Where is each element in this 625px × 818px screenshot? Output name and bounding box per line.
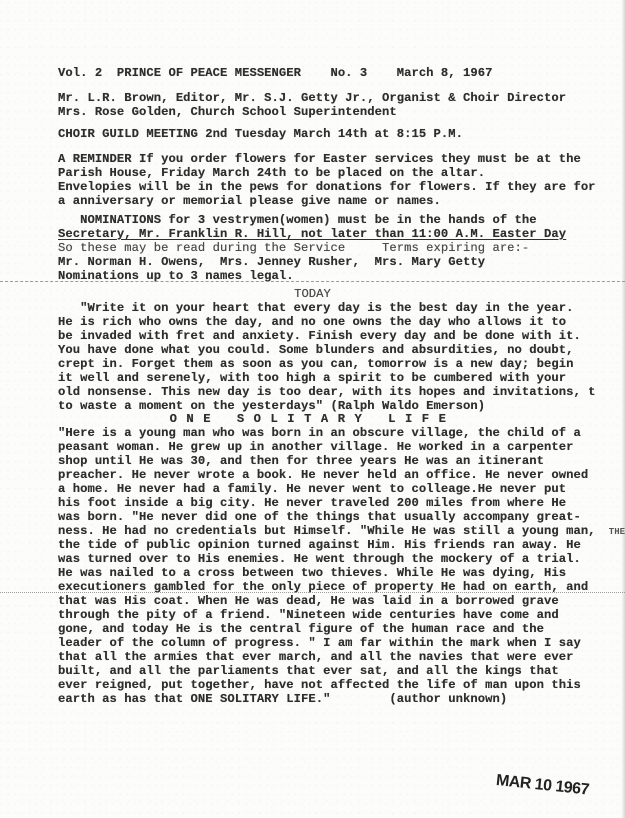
solitary-line: a home. He never had a family. He never …: [58, 482, 566, 496]
nominations-line: NOMINATIONS for 3 vestrymen(women) must …: [58, 213, 537, 227]
today-line: "Write it on your heart that every day i…: [58, 301, 573, 315]
page-edge-shadow: [621, 0, 625, 818]
solitary-line: that was His coat. When He was dead, He …: [58, 594, 559, 608]
today-line: to waste a moment on the yesterdays" (Ra…: [58, 399, 485, 413]
reminder-line: A REMINDER If you order flowers for East…: [58, 152, 581, 166]
today-line: be invaded with fret and anxiety. Finish…: [58, 329, 581, 343]
solitary-line: ever reigned, put together, have not aff…: [58, 678, 581, 692]
solitary-line: peasant woman. He grew up in another vil…: [58, 440, 573, 454]
solitary-line: ness. He had no credentials but Himself.…: [58, 524, 596, 538]
today-line: He is rich who owns the day, and no one …: [58, 315, 566, 329]
solitary-line: preacher. He never wrote a book. He neve…: [58, 468, 588, 482]
today-line: You have done what you could. Some blund…: [58, 343, 573, 357]
solitary-line: that all the armies that ever march, and…: [58, 650, 573, 664]
reminder-line: Envelopies will be in the pews for donat…: [58, 180, 596, 194]
solitary-line: leader of the column of progress. " I am…: [58, 636, 581, 650]
solitary-line: his foot inside a big city. He never tra…: [58, 496, 566, 510]
today-heading: TODAY: [0, 287, 625, 301]
terms-expiring-names: Mr. Norman H. Owens, Mrs. Jenney Rusher,…: [58, 255, 485, 269]
margin-overflow-text: THE: [609, 527, 625, 537]
today-line: crept in. Forget them as soon as you can…: [58, 357, 573, 371]
solitary-line: earth as has that ONE SOLITARY LIFE." (a…: [58, 692, 507, 706]
masthead: Vol. 2 PRINCE OF PEACE MESSENGER No. 3 M…: [58, 66, 492, 80]
solitary-line: was turned over to His enemies. He went …: [58, 552, 581, 566]
solitary-line: the tide of public opinion turned agains…: [58, 538, 581, 552]
choir-guild-notice: CHOIR GUILD MEETING 2nd Tuesday March 14…: [58, 127, 463, 141]
section-divider: [0, 281, 625, 282]
staff-line-2: Mrs. Rose Golden, Church School Superint…: [58, 105, 397, 119]
reminder-line: a anniversary or memorial please give na…: [58, 194, 441, 208]
reminder-line: Parish House, Friday March 24th to be pl…: [58, 166, 485, 180]
today-line: it well and serenely, with too high a sp…: [58, 371, 566, 385]
fold-line: [0, 592, 625, 593]
solitary-line: He was nailed to a cross between two thi…: [58, 566, 566, 580]
solitary-line: "Here is a young man who was born in an …: [58, 426, 581, 440]
staff-line-1: Mr. L.R. Brown, Editor, Mr. S.J. Getty J…: [58, 91, 566, 105]
solitary-life-heading: ONE SOLITARY LIFE: [0, 412, 625, 426]
solitary-line: gone, and today He is the central figure…: [58, 622, 544, 636]
solitary-line: through the pity of a friend. "Nineteen …: [58, 608, 559, 622]
nominations-deadline: Secretary, Mr. Franklin R. Hill, not lat…: [58, 227, 566, 241]
today-line: old nonsense. This new day is too dear, …: [58, 385, 596, 399]
solitary-line: was born. "He never did one of the thing…: [58, 510, 581, 524]
nominations-line: So these may be read during the Service …: [58, 241, 529, 255]
solitary-line: built, and all the parliaments that ever…: [58, 664, 559, 678]
solitary-line: shop until He was 30, and then for three…: [58, 454, 544, 468]
